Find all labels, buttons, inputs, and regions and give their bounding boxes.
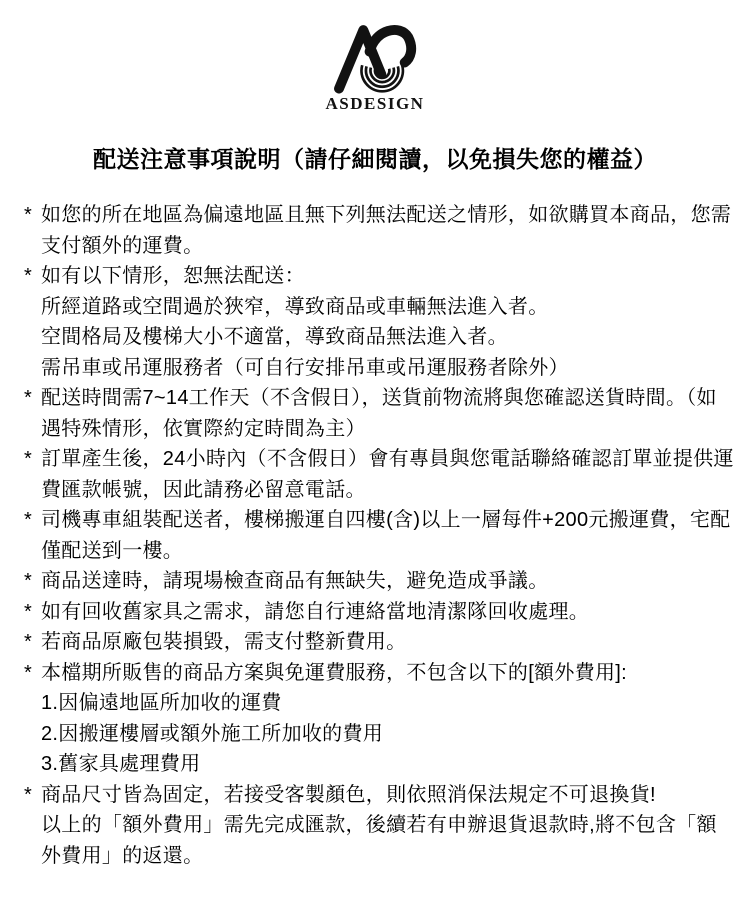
notice-paragraph: 空間格局及樓梯大小不適當，導致商品無法進入者。 bbox=[24, 322, 734, 353]
page-title: 配送注意事項說明（請仔細閱讀，以免損失您的權益） bbox=[0, 141, 750, 174]
notice-paragraph: * 司機專車組裝配送者，樓梯搬運自四樓(含)以上一層每件+200元搬運費，宅配僅… bbox=[24, 505, 734, 566]
notice-text: 配送時間需7~14工作天（不含假日），送貨前物流將與您確認送貨時間。（如遇特殊情… bbox=[41, 383, 734, 444]
notice-paragraph: 2.因搬運樓層或額外施工所加收的費用 bbox=[24, 719, 734, 750]
bullet-marker: * bbox=[24, 200, 41, 261]
bullet-marker bbox=[24, 322, 41, 353]
notice-paragraph: 1.因偏遠地區所加收的運費 bbox=[24, 688, 734, 719]
bullet-marker: * bbox=[24, 505, 41, 566]
notice-paragraph: * 如有以下情形，恕無法配送： bbox=[24, 261, 734, 292]
bullet-marker bbox=[24, 292, 41, 323]
notice-text: 本檔期所販售的商品方案與免運費服務，不包含以下的[額外費用]: bbox=[41, 658, 734, 689]
notice-paragraph: 所經道路或空間過於狹窄，導致商品或車輛無法進入者。 bbox=[24, 292, 734, 323]
notice-text: 司機專車組裝配送者，樓梯搬運自四樓(含)以上一層每件+200元搬運費，宅配僅配送… bbox=[41, 505, 734, 566]
notice-paragraph: * 商品送達時，請現場檢查商品有無缺失，避免造成爭議。 bbox=[24, 566, 734, 597]
notice-paragraph: * 訂單產生後，24小時內（不含假日）會有專員與您電話聯絡確認訂單並提供運費匯款… bbox=[24, 444, 734, 505]
bullet-marker: * bbox=[24, 780, 41, 811]
notice-paragraph: * 配送時間需7~14工作天（不含假日），送貨前物流將與您確認送貨時間。（如遇特… bbox=[24, 383, 734, 444]
bullet-marker: * bbox=[24, 627, 41, 658]
notice-text: 需吊車或吊運服務者（可自行安排吊車或吊運服務者除外） bbox=[41, 353, 734, 384]
notice-text: 若商品原廠包裝損毀，需支付整新費用。 bbox=[41, 627, 734, 658]
notice-paragraph: * 如您的所在地區為偏遠地區且無下列無法配送之情形，如欲購買本商品，您需支付額外… bbox=[24, 200, 734, 261]
bullet-marker: * bbox=[24, 597, 41, 628]
notice-paragraph: 需吊車或吊運服務者（可自行安排吊車或吊運服務者除外） bbox=[24, 353, 734, 384]
notice-text: 以上的「額外費用」需先完成匯款，後續若有申辦退貨退款時,將不包含「額外費用」的返… bbox=[41, 810, 734, 871]
notice-paragraph: 以上的「額外費用」需先完成匯款，後續若有申辦退貨退款時,將不包含「額外費用」的返… bbox=[24, 810, 734, 871]
notice-paragraph: * 若商品原廠包裝損毀，需支付整新費用。 bbox=[24, 627, 734, 658]
bullet-marker bbox=[24, 353, 41, 384]
bullet-marker: * bbox=[24, 566, 41, 597]
bullet-marker: * bbox=[24, 383, 41, 444]
notice-text: 訂單產生後，24小時內（不含假日）會有專員與您電話聯絡確認訂單並提供運費匯款帳號… bbox=[41, 444, 734, 505]
notice-text: 如您的所在地區為偏遠地區且無下列無法配送之情形，如欲購買本商品，您需支付額外的運… bbox=[41, 200, 734, 261]
notice-text: 3.舊家具處理費用 bbox=[41, 749, 734, 780]
notice-text: 商品尺寸皆為固定，若接受客製顏色，則依照消保法規定不可退換貨! bbox=[41, 780, 734, 811]
bullet-marker bbox=[24, 749, 41, 780]
bullet-marker: * bbox=[24, 658, 41, 689]
notice-text: 空間格局及樓梯大小不適當，導致商品無法進入者。 bbox=[41, 322, 734, 353]
notice-list: * 如您的所在地區為偏遠地區且無下列無法配送之情形，如欲購買本商品，您需支付額外… bbox=[0, 200, 750, 871]
notice-text: 所經道路或空間過於狹窄，導致商品或車輛無法進入者。 bbox=[41, 292, 734, 323]
bullet-marker bbox=[24, 810, 41, 871]
notice-text: 2.因搬運樓層或額外施工所加收的費用 bbox=[41, 719, 734, 750]
bullet-marker bbox=[24, 688, 41, 719]
notice-paragraph: 3.舊家具處理費用 bbox=[24, 749, 734, 780]
notice-text: 如有回收舊家具之需求，請您自行連絡當地清潔隊回收處理。 bbox=[41, 597, 734, 628]
bullet-marker bbox=[24, 719, 41, 750]
notice-text: 商品送達時，請現場檢查商品有無缺失，避免造成爭議。 bbox=[41, 566, 734, 597]
bullet-marker: * bbox=[24, 444, 41, 505]
brand-wordmark: ASDESIGN bbox=[326, 95, 425, 113]
notice-text: 如有以下情形，恕無法配送： bbox=[41, 261, 734, 292]
bullet-marker: * bbox=[24, 261, 41, 292]
notice-paragraph: * 如有回收舊家具之需求，請您自行連絡當地清潔隊回收處理。 bbox=[24, 597, 734, 628]
notice-paragraph: * 本檔期所販售的商品方案與免運費服務，不包含以下的[額外費用]: bbox=[24, 658, 734, 689]
as-monogram-icon bbox=[325, 22, 425, 94]
notice-text: 1.因偏遠地區所加收的運費 bbox=[41, 688, 734, 719]
brand-logo: ASDESIGN bbox=[0, 0, 750, 113]
delivery-notice-page: ASDESIGN 配送注意事項說明（請仔細閱讀，以免損失您的權益） * 如您的所… bbox=[0, 0, 750, 898]
notice-paragraph: * 商品尺寸皆為固定，若接受客製顏色，則依照消保法規定不可退換貨! bbox=[24, 780, 734, 811]
